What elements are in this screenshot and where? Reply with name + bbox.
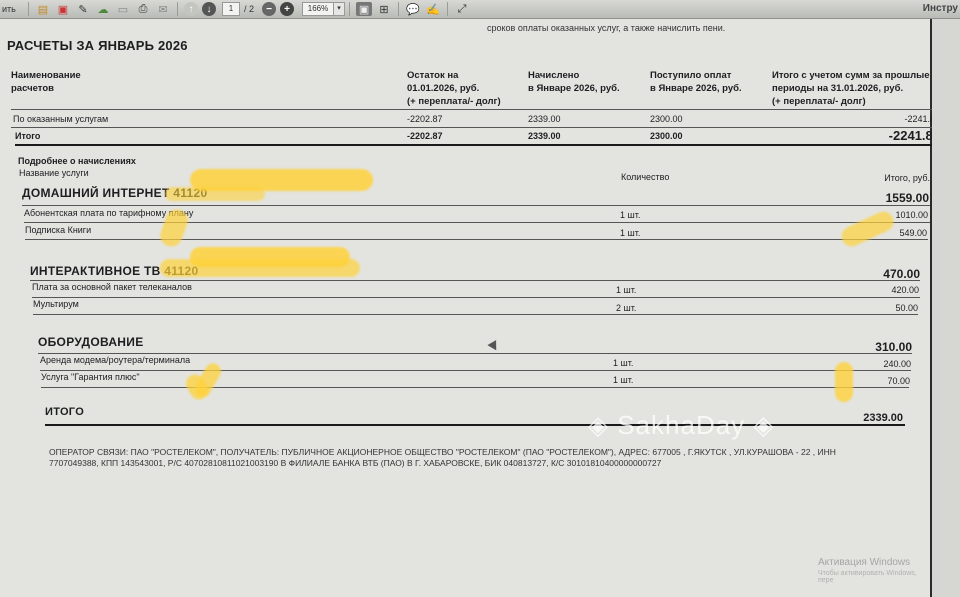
- item-amount: 420.00: [820, 285, 919, 295]
- windows-activation-subtitle: Чтобы активировать Windows, пере: [818, 570, 930, 584]
- item-name: Мультирум: [33, 299, 79, 309]
- comment-icon[interactable]: 💬: [405, 2, 421, 16]
- summary-header-balance-start: Остаток на 01.01.2026, руб. (+ переплата…: [407, 69, 501, 108]
- fit-page-icon[interactable]: ▣: [356, 2, 372, 16]
- item-qty: 1 шт.: [620, 228, 640, 238]
- divider: [24, 222, 930, 223]
- pdf-toolbar: ить ▤ ▣ ✎ ☁ ▭ ⎙ ✉ ↑ ↓ 1 / 2 − + 166% ▾ ▣…: [0, 0, 960, 19]
- summary-total-balance-end: -2241.87: [780, 128, 940, 143]
- zoom-in-icon[interactable]: +: [280, 2, 294, 16]
- item-amount: 70.00: [812, 376, 910, 386]
- sign-icon[interactable]: ✍: [425, 2, 441, 16]
- divider: [38, 353, 912, 354]
- current-page-input[interactable]: 1: [222, 2, 240, 16]
- summary-header-paid: Поступило оплат в Январе 2026, руб.: [650, 69, 742, 95]
- col-qty-header: Количество: [621, 172, 669, 182]
- mouse-cursor-icon: [487, 340, 500, 353]
- summary-total-balance-start: -2202.87: [407, 131, 443, 141]
- divider: [32, 297, 920, 298]
- item-qty: 1 шт.: [613, 375, 633, 385]
- item-qty: 1 шт.: [613, 358, 633, 368]
- summary-total-charged: 2339.00: [528, 131, 561, 141]
- section-total-tv: 470.00: [820, 267, 920, 281]
- pdf-page: сроков оплаты оказанных услуг, а также н…: [0, 19, 932, 597]
- summary-header-name: Наименование расчетов: [11, 69, 81, 95]
- divider: [177, 2, 178, 16]
- requisites-line-1: ОПЕРАТОР СВЯЗИ: ПАО "РОСТЕЛЕКОМ", ПОЛУЧА…: [49, 447, 909, 458]
- summary-row-charged: 2339.00: [528, 114, 561, 124]
- divider: [11, 109, 941, 110]
- divider: [15, 144, 940, 146]
- divider: [40, 370, 911, 371]
- summary-row-paid: 2300.00: [650, 114, 683, 124]
- col-service-header: Название услуги: [19, 168, 89, 178]
- item-name: Услуга "Гарантия плюс": [41, 372, 140, 382]
- page-down-icon[interactable]: ↓: [202, 2, 216, 16]
- highlighter-mark: [835, 362, 853, 402]
- section-total-equipment: 310.00: [812, 340, 912, 354]
- windows-activation-title: Активация Windows: [818, 557, 910, 568]
- page-up-icon[interactable]: ↑: [184, 2, 198, 16]
- item-qty: 2 шт.: [616, 303, 636, 313]
- item-qty: 1 шт.: [616, 285, 636, 295]
- summary-row-balance-start: -2202.87: [407, 114, 443, 124]
- divider: [447, 2, 448, 16]
- grand-total-label: ИТОГО: [45, 406, 84, 418]
- highlighter-mark: [160, 259, 360, 277]
- item-name: Аренда модема/роутера/терминала: [40, 355, 190, 365]
- upload-cloud-icon[interactable]: ☁: [95, 2, 111, 16]
- item-amount: 240.00: [812, 359, 911, 369]
- save-icon[interactable]: ▭: [115, 2, 131, 16]
- toolbar-left-label[interactable]: ить: [0, 4, 24, 14]
- create-pdf-icon[interactable]: ▣: [55, 2, 71, 16]
- summary-total-name: Итого: [15, 131, 40, 141]
- zoom-out-icon[interactable]: −: [262, 2, 276, 16]
- summary-row-name: По оказанным услугам: [13, 114, 108, 124]
- item-amount: 50.00: [820, 303, 918, 313]
- expand-icon[interactable]: ⤢: [454, 2, 470, 16]
- section-title-equipment: ОБОРУДОВАНИЕ: [38, 335, 144, 349]
- summary-header-balance-end: Итого с учетом сумм за прошлые периоды н…: [772, 69, 930, 108]
- scrollbar-area[interactable]: [932, 19, 960, 597]
- email-icon[interactable]: ✉: [155, 2, 171, 16]
- divider: [30, 280, 920, 281]
- highlighter-mark: [165, 187, 265, 201]
- fullscreen-icon[interactable]: ⊞: [376, 2, 392, 16]
- divider: [349, 2, 350, 16]
- zoom-dropdown-icon[interactable]: ▾: [334, 2, 345, 16]
- total-pages-label: / 2: [244, 4, 254, 14]
- grand-total-value: 2339.00: [800, 412, 903, 424]
- top-note: сроков оплаты оказанных услуг, а также н…: [487, 23, 725, 33]
- summary-header-charged: Начислено в Январе 2026, руб.: [528, 69, 620, 95]
- divider: [33, 314, 918, 315]
- tools-pane-label[interactable]: Инстру: [923, 3, 958, 14]
- page-title: РАСЧЕТЫ ЗА ЯНВАРЬ 2026: [7, 38, 188, 53]
- print-icon[interactable]: ⎙: [135, 2, 151, 16]
- divider: [398, 2, 399, 16]
- requisites-line-2: 7707049388, КПП 143543001, Р/С 407028108…: [49, 458, 909, 469]
- divider: [22, 205, 930, 206]
- open-icon[interactable]: ▤: [35, 2, 51, 16]
- item-qty: 1 шт.: [620, 210, 640, 220]
- watermark: ◈ SakhaDay ◈: [588, 410, 774, 441]
- details-heading: Подробнее о начислениях: [18, 156, 136, 166]
- col-total-header: Итого, руб.: [830, 173, 930, 183]
- item-name: Плата за основной пакет телеканалов: [32, 282, 192, 292]
- operator-requisites: ОПЕРАТОР СВЯЗИ: ПАО "РОСТЕЛЕКОМ", ПОЛУЧА…: [49, 447, 909, 469]
- divider: [41, 387, 909, 388]
- divider: [28, 2, 29, 16]
- summary-total-paid: 2300.00: [650, 131, 683, 141]
- zoom-level-input[interactable]: 166%: [302, 2, 334, 16]
- item-name: Подписка Книги: [25, 225, 91, 235]
- summary-row-balance-end: -2241.87: [800, 114, 940, 124]
- section-total-internet: 1559.00: [830, 191, 929, 205]
- edit-icon[interactable]: ✎: [75, 2, 91, 16]
- divider: [45, 424, 905, 426]
